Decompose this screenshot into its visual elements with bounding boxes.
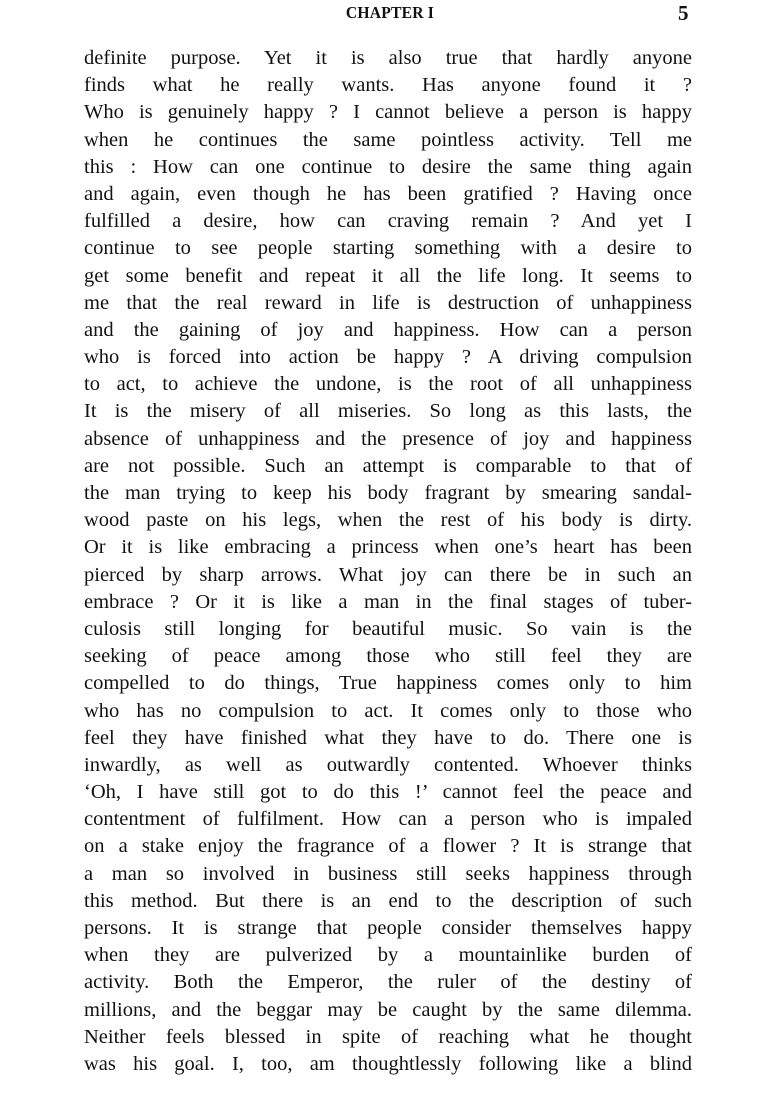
page-header: CHAPTER I 5 [0, 0, 780, 30]
text-line: finds what he really wants. Has anyone f… [84, 72, 692, 99]
text-line: persons. It is strange that people consi… [84, 915, 692, 942]
text-line: who has no compulsion to act. It comes o… [84, 698, 692, 725]
text-line: culosis still longing for beautiful musi… [84, 616, 692, 643]
text-line: pierced by sharp arrows. What joy can th… [84, 562, 692, 589]
text-line: get some benefit and repeat it all the l… [84, 263, 692, 290]
text-line: wood paste on his legs, when the rest of… [84, 507, 692, 534]
text-line: and the gaining of joy and happiness. Ho… [84, 317, 692, 344]
body-text: definite purpose. Yet it is also true th… [84, 45, 692, 1078]
text-line: a man so involved in business still seek… [84, 861, 692, 888]
text-line: continue to see people starting somethin… [84, 235, 692, 262]
text-line: when they are pulverized by a mountainli… [84, 942, 692, 969]
text-line: Neither feels blessed in spite of reachi… [84, 1024, 692, 1051]
text-line: compelled to do things, True happiness c… [84, 670, 692, 697]
text-line: on a stake enjoy the fragrance of a flow… [84, 833, 692, 860]
text-line: to act, to achieve the undone, is the ro… [84, 371, 692, 398]
text-line: absence of unhappiness and the presence … [84, 426, 692, 453]
text-line: when he continues the same pointless act… [84, 127, 692, 154]
text-line: are not possible. Such an attempt is com… [84, 453, 692, 480]
text-line: who is forced into action be happy ? A d… [84, 344, 692, 371]
text-line: Or it is like embracing a princess when … [84, 534, 692, 561]
text-line: was his goal. I, too, am thoughtlessly f… [84, 1051, 692, 1078]
text-line: millions, and the beggar may be caught b… [84, 997, 692, 1024]
text-line: seeking of peace among those who still f… [84, 643, 692, 670]
text-line: ‘Oh, I have still got to do this !’ cann… [84, 779, 692, 806]
text-line: activity. Both the Emperor, the ruler of… [84, 969, 692, 996]
page-number: 5 [678, 1, 689, 26]
text-line: this : How can one continue to desire th… [84, 154, 692, 181]
running-head: CHAPTER I [31, 3, 749, 23]
text-line: this method. But there is an end to the … [84, 888, 692, 915]
text-line: and again, even though he has been grati… [84, 181, 692, 208]
text-line: inwardly, as well as outwardly contented… [84, 752, 692, 779]
text-line: feel they have finished what they have t… [84, 725, 692, 752]
text-line: fulfilled a desire, how can craving rema… [84, 208, 692, 235]
text-line: the man trying to keep his body fragrant… [84, 480, 692, 507]
text-line: It is the misery of all miseries. So lon… [84, 398, 692, 425]
text-line: definite purpose. Yet it is also true th… [84, 45, 692, 72]
text-line: embrace ? Or it is like a man in the fin… [84, 589, 692, 616]
text-line: me that the real reward in life is destr… [84, 290, 692, 317]
text-line: Who is genuinely happy ? I cannot believ… [84, 99, 692, 126]
text-line: contentment of fulfilment. How can a per… [84, 806, 692, 833]
